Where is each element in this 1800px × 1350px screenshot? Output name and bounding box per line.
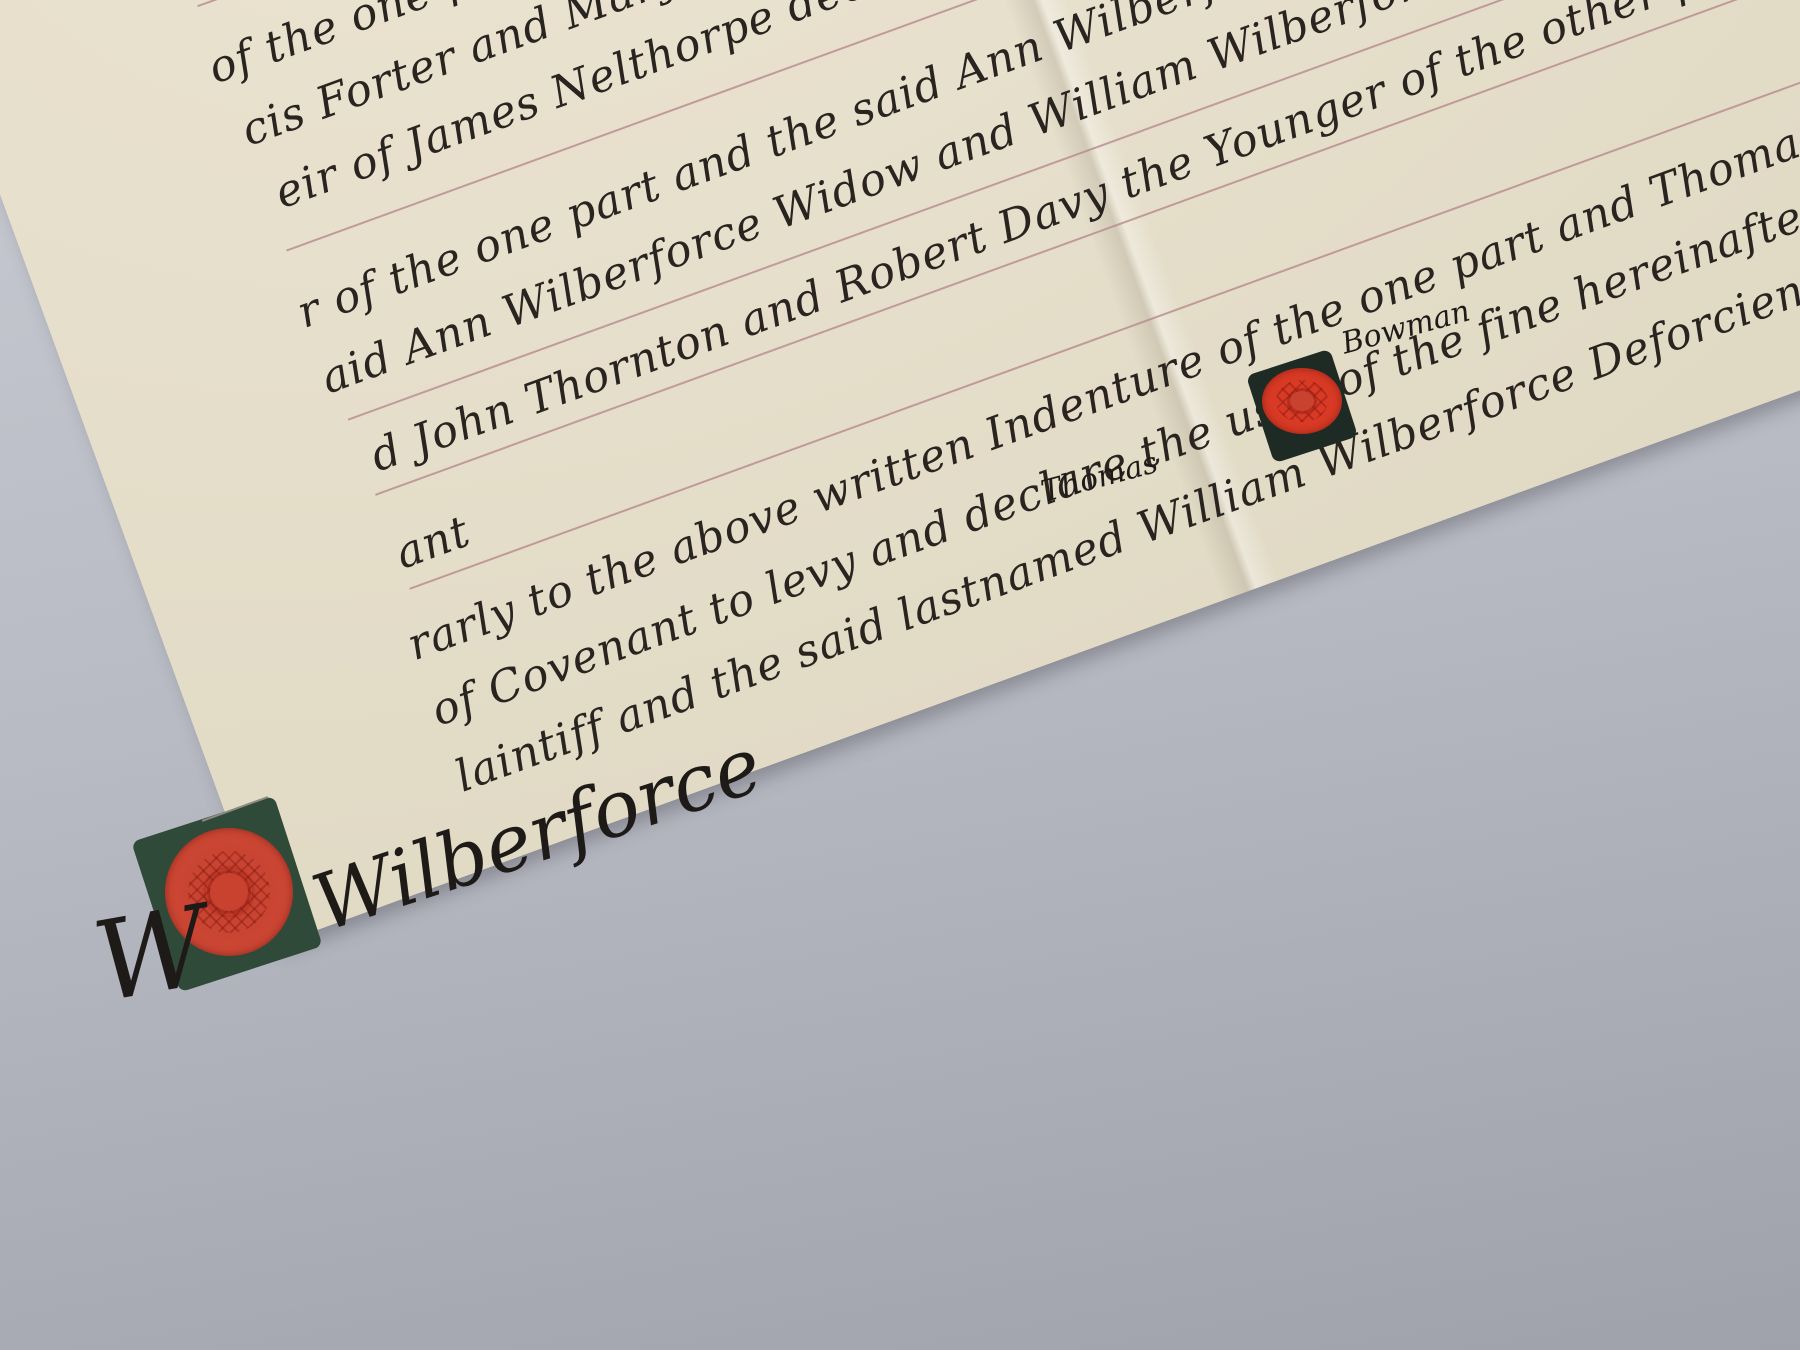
signature-w: W (85, 881, 219, 1027)
wax-seal-icon (1262, 368, 1342, 434)
photograph: Wilberforce son of ... erforce and Mary … (0, 0, 1800, 1350)
